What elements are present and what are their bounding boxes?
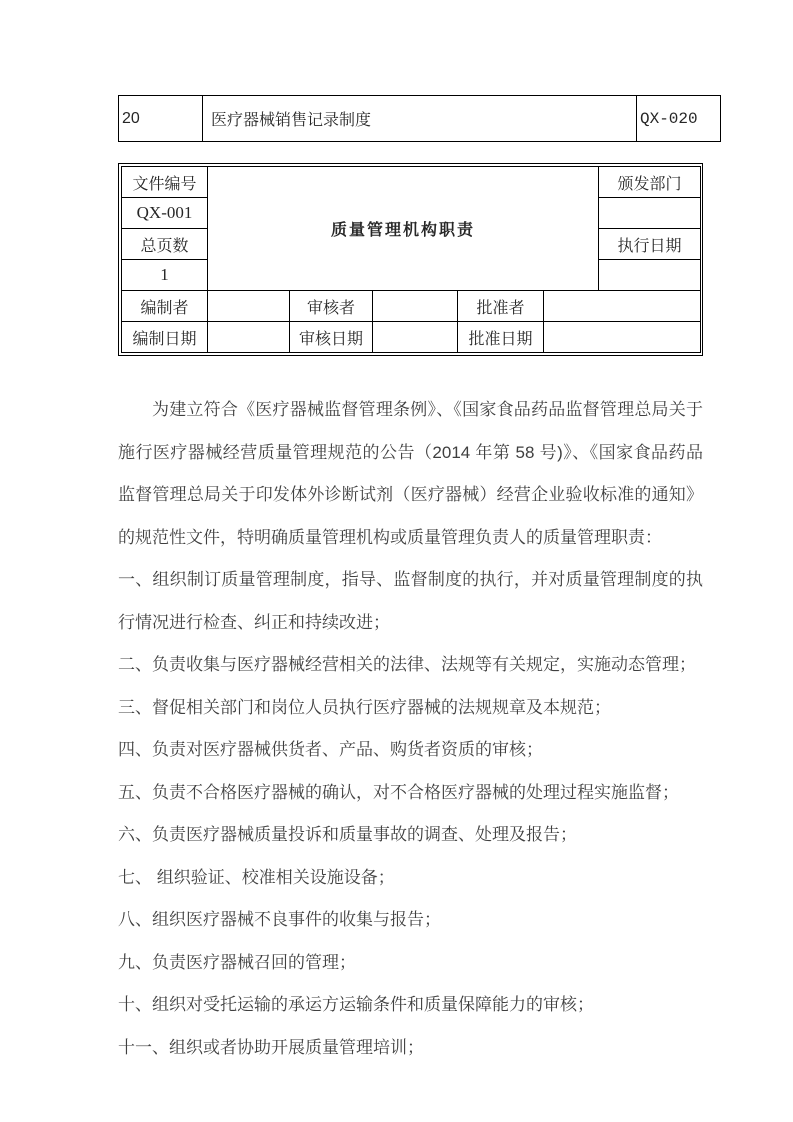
duty-item-8: 八、组织医疗器械不良事件的收集与报告； [118,899,703,942]
reviewer-label-cell: 审核者 [290,291,373,322]
header-table: 文件编号 质量管理机构职责 颁发部门 QX-001 总页数 执行日期 1 编制者… [121,166,701,353]
header-table-outer-border: 文件编号 质量管理机构职责 颁发部门 QX-001 总页数 执行日期 1 编制者… [118,163,703,356]
review-date-label-cell: 审核日期 [290,322,373,353]
duty-item-6: 六、负责医疗器械质量投诉和质量事故的调查、处理及报告； [118,814,703,857]
doc-number-value-cell: QX-001 [122,198,208,229]
table-row: 编制日期 审核日期 批准日期 [122,322,701,353]
preparer-label-cell: 编制者 [122,291,208,322]
duty-item-3: 三、督促相关部门和岗位人员执行医疗器械的法规规章及本规范； [118,687,703,730]
execute-date-label-cell: 执行日期 [599,229,701,260]
review-date-value-cell [373,322,458,353]
table-row: 文件编号 质量管理机构职责 颁发部门 [122,167,701,198]
duty-item-2: 二、负责收集与医疗器械经营相关的法律、法规等有关规定，实施动态管理； [118,644,703,687]
reviewer-value-cell [373,291,458,322]
document-page: 20 医疗器械销售记录制度 QX-020 文件编号 质量管理机构职责 颁发部门 … [118,95,703,1069]
table-row: 编制者 审核者 批准者 [122,291,701,322]
duty-item-1: 一、组织制订质量管理制度，指导、监督制度的执行，并对质量管理制度的执行情况进行检… [118,559,703,644]
preparer-value-cell [208,291,290,322]
table-row: 20 医疗器械销售记录制度 QX-020 [119,96,721,142]
issuing-dept-label-cell: 颁发部门 [599,167,701,198]
execute-date-value-cell [599,260,701,291]
duty-item-10: 十、组织对受托运输的承运方运输条件和质量保障能力的审核； [118,984,703,1027]
prepare-date-value-cell [208,322,290,353]
duty-item-11: 十一、组织或者协助开展质量管理培训； [118,1027,703,1070]
total-pages-label-cell: 总页数 [122,229,208,260]
index-code-cell: QX-020 [637,96,721,142]
total-pages-value-cell: 1 [122,260,208,291]
approve-date-value-cell [544,322,701,353]
issuing-dept-value-cell [599,198,701,229]
index-number-cell: 20 [119,96,203,142]
duty-item-5: 五、负责不合格医疗器械的确认，对不合格医疗器械的处理过程实施监督； [118,772,703,815]
index-row-table: 20 医疗器械销售记录制度 QX-020 [118,95,721,142]
index-title-cell: 医疗器械销售记录制度 [203,96,637,142]
duty-item-7: 七、 组织验证、校准相关设施设备； [118,857,703,900]
doc-number-label-cell: 文件编号 [122,167,208,198]
intro-paragraph: 为建立符合《医疗器械监督管理条例》、《国家食品药品监督管理总局关于施行医疗器械经… [118,389,703,559]
approve-date-label-cell: 批准日期 [458,322,544,353]
approver-value-cell [544,291,701,322]
document-title: 质量管理机构职责 [208,167,599,291]
approver-label-cell: 批准者 [458,291,544,322]
duty-item-4: 四、负责对医疗器械供货者、产品、购货者资质的审核； [118,729,703,772]
duty-item-9: 九、负责医疗器械召回的管理； [118,942,703,985]
document-body: 为建立符合《医疗器械监督管理条例》、《国家食品药品监督管理总局关于施行医疗器械经… [118,389,703,1069]
prepare-date-label-cell: 编制日期 [122,322,208,353]
